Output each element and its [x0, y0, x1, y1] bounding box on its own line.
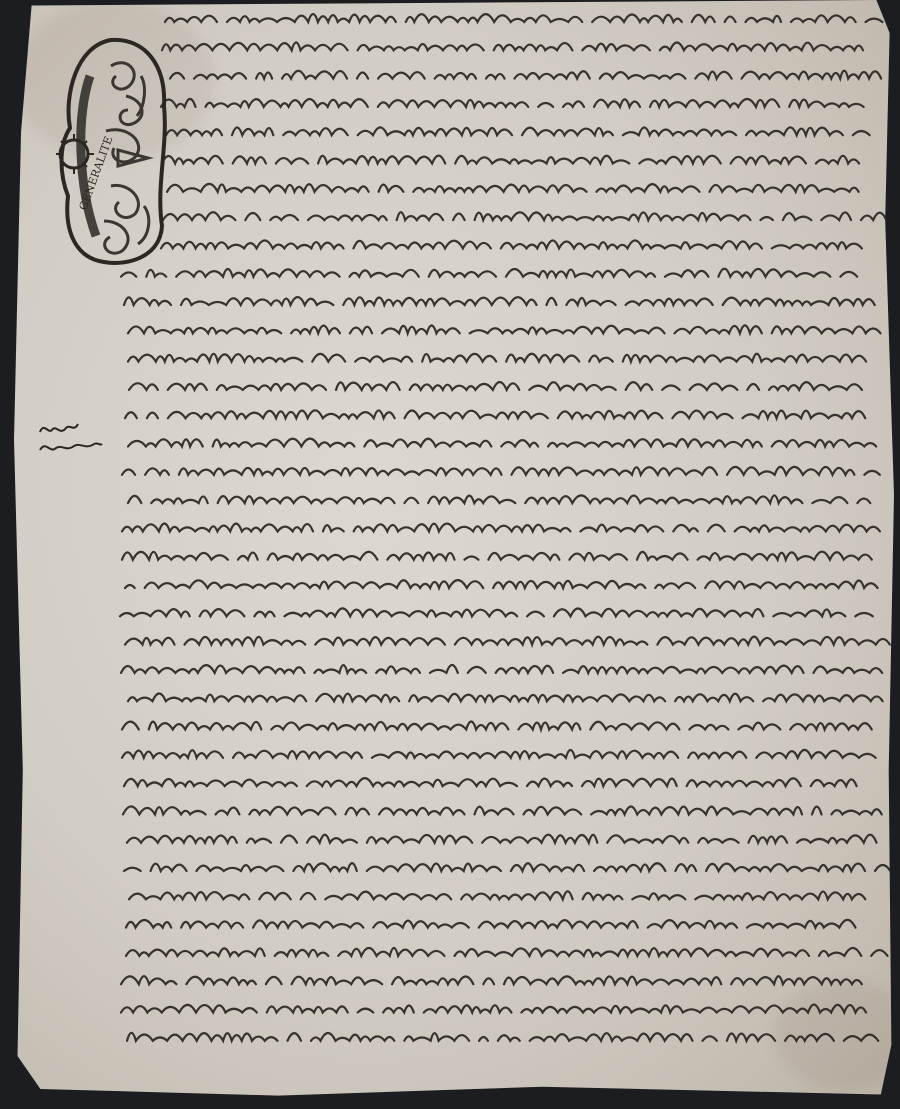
handwritten-line: ... ... ... ... ... [121, 1005, 866, 1013]
handwritten-line: ... ... ... ... ... [127, 1033, 878, 1041]
handwritten-line: ... ... ... ... ... [124, 863, 890, 871]
handwritten-line: du bourg de St Just ... lequel ... de gr… [170, 71, 891, 79]
handwritten-line: ... ... ... ... ... [124, 778, 857, 786]
handwritten-line: ... ... ... ... [128, 325, 880, 333]
handwritten-line: ... ... ... ... ... [129, 891, 865, 899]
handwritten-line: ... ... ... ... ... [127, 835, 877, 843]
handwritten-line: elle donne par ces présentes ... ... fai… [161, 240, 862, 248]
handwritten-line: la nourriture et entretien ... ... ... [128, 439, 876, 447]
handwritten-line: ... ... ... ... ... [128, 694, 883, 702]
handwritten-line: Par devant le no[tai]re Royal soussigné … [165, 14, 892, 22]
handwritten-line: ... ... ... ... ... [122, 750, 876, 758]
handwritten-line: lui continue ... ... ... lui a donné com… [163, 212, 886, 220]
handwritten-line: ... entretien quelle lui a fourni ... pe… [167, 184, 869, 192]
handwritten-line: ... ... ... ... la nourriture [162, 156, 869, 164]
handwritten-line: ... ... ... ... ... [121, 976, 862, 984]
handwritten-line: ... Rodet ... ... ... ... [166, 127, 870, 135]
handwritten-line: ... ... ... ... ... [122, 722, 882, 730]
handwritten-line: ... Clauds Rodet ... ... ... quelle a ..… [161, 99, 864, 107]
handwritten-line: valleur ... ... ... ... [122, 467, 880, 475]
handwritten-line: ... ... ... ... ... [123, 806, 882, 814]
handwritten-line: ... ... ... ... ... [128, 354, 866, 362]
handwritten-line: ... ... ... ... [124, 297, 875, 305]
handwritten-line: nourriture fournie ... ... ... [128, 495, 870, 503]
handwritten-line: ... ... ... ... ... [125, 637, 900, 645]
handwritten-line: personnellement establie ... veuve d'Ant… [162, 42, 863, 50]
handwritten-line: ... ... ... ... ... [126, 920, 855, 928]
handwritten-line: ... ... ... ... ... [126, 948, 887, 956]
handwritten-line: ... ... ... ... ... [121, 665, 892, 673]
handwritten-line: ... ... ... ... tous ses biens ... ... [121, 269, 857, 277]
handwritten-line: ... ... ... ... ... [129, 382, 862, 390]
handwritten-line: ... ... ... ... [125, 410, 865, 418]
handwritten-text-body: Par devant le no[tai]re Royal soussigné … [0, 0, 900, 1109]
handwritten-line: ... ... ... ... ... [122, 552, 872, 560]
handwritten-line: ... ... ... ... ... [120, 608, 873, 616]
handwritten-line: ... de la valleur ... ... ... [122, 524, 890, 532]
handwritten-line: ... ... ... ... ... [125, 580, 878, 588]
